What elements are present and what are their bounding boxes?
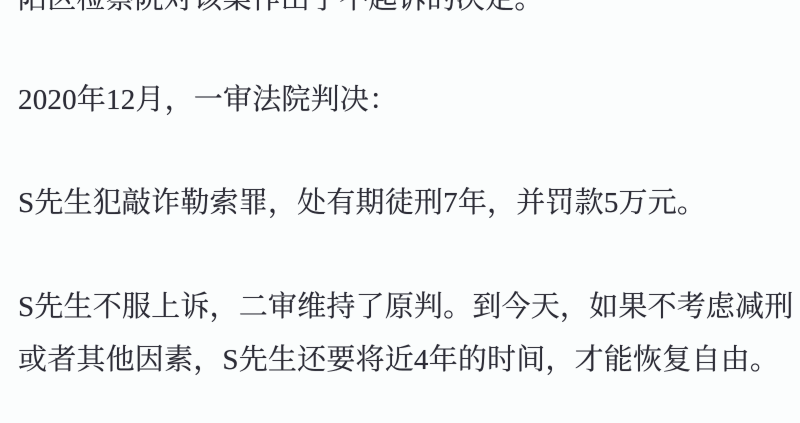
article-page: 阳区检察院对该案作出了不起诉的决定。 2020年12月，一审法院判决： S先生犯… [0,0,800,423]
paragraph-4-line-1: S先生不服上诉，二审维持了原判。到今天，如果不考虑减刑 [18,291,794,324]
paragraph-2-line-1: 2020年12月，一审法院判决： [18,84,398,117]
paragraph-3-line-1: S先生犯敲诈勒索罪，处有期徒刑7年，并罚款5万元。 [18,187,706,220]
paragraph-1-line-1: 阳区检察院对该案作出了不起诉的决定。 [18,0,544,16]
paragraph-4-line-2: 或者其他因素，S先生还要将近4年的时间，才能恢复自由。 [18,344,779,377]
